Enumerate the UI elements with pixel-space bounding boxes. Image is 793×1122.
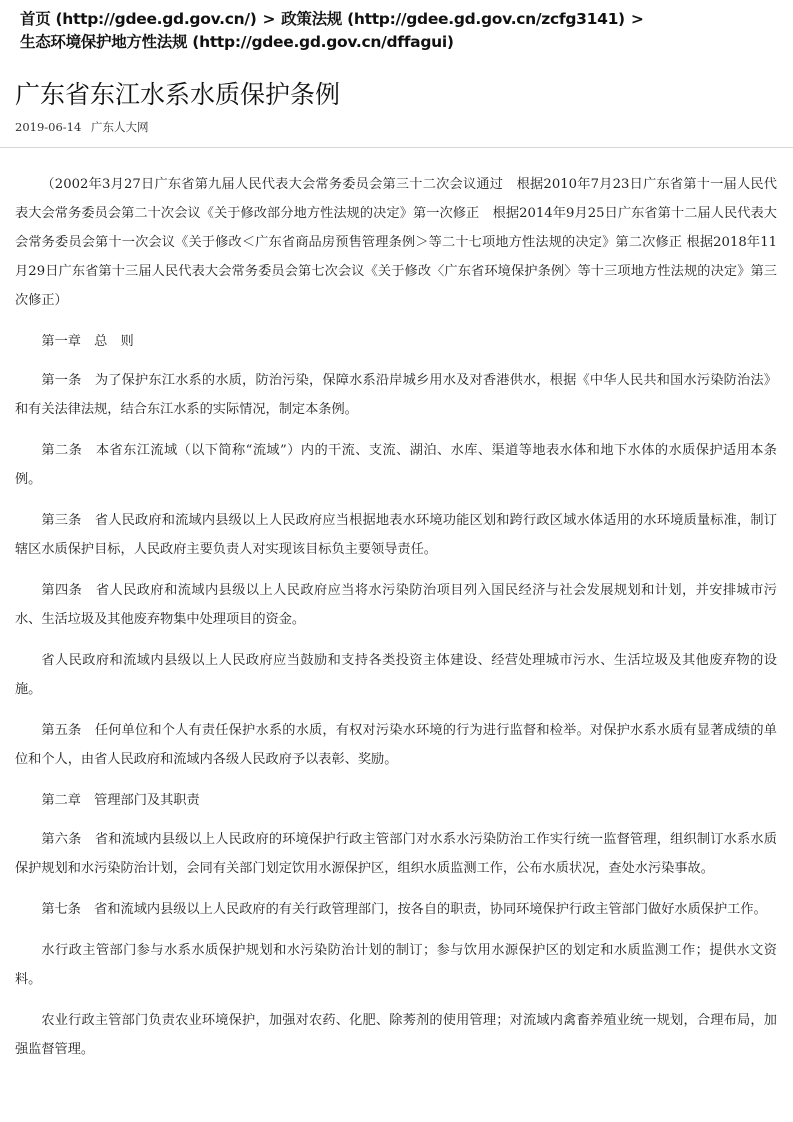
breadcrumb-link-home[interactable]: 首页 (http://gdee.gd.gov.cn/)	[20, 10, 256, 28]
article-body: （2002年3月27日广东省第九届人民代表大会常务委员会第三十二次会议通过 根据…	[15, 170, 777, 1076]
article-paragraph: 第六条 省和流域内县级以上人民政府的环境保护行政主管部门对水系水污染防治工作实行…	[15, 825, 777, 883]
chapter-heading: 第一章 总 则	[15, 327, 777, 356]
breadcrumb-separator: >	[631, 10, 644, 28]
article-paragraph: 第五条 任何单位和个人有责任保护水系的水质，有权对污染水环境的行为进行监督和检举…	[15, 716, 777, 774]
divider	[0, 147, 793, 148]
article-paragraph: 第一条 为了保护东江水系的水质，防治污染，保障水系沿岸城乡用水及对香港供水，根据…	[15, 366, 777, 424]
breadcrumb-link-policy[interactable]: 政策法规 (http://gdee.gd.gov.cn/zcfg3141)	[281, 10, 625, 28]
article-meta: 2019-06-14 广东人大网	[15, 119, 148, 135]
article-paragraph: 农业行政主管部门负责农业环境保护，加强对农药、化肥、除莠剂的使用管理；对流域内禽…	[15, 1006, 777, 1064]
revision-history-paragraph: （2002年3月27日广东省第九届人民代表大会常务委员会第三十二次会议通过 根据…	[15, 170, 777, 315]
article-paragraph: 第三条 省人民政府和流域内县级以上人民政府应当根据地表水环境功能区划和跨行政区域…	[15, 506, 777, 564]
article-paragraph: 第七条 省和流域内县级以上人民政府的有关行政管理部门，按各自的职责，协同环境保护…	[15, 895, 777, 924]
article-paragraph: 第四条 省人民政府和流域内县级以上人民政府应当将水污染防治项目列入国民经济与社会…	[15, 576, 777, 634]
chapter-heading: 第二章 管理部门及其职责	[15, 786, 777, 815]
breadcrumb: 首页 (http://gdee.gd.gov.cn/)>政策法规 (http:/…	[20, 8, 780, 54]
breadcrumb-link-local-regulations[interactable]: 生态环境保护地方性法规 (http://gdee.gd.gov.cn/dffag…	[20, 33, 454, 51]
article-source: 广东人大网	[91, 120, 149, 134]
publish-date: 2019-06-14	[15, 120, 81, 134]
article-paragraph: 第二条 本省东江流域（以下简称“流域”）内的干流、支流、湖泊、水库、渠道等地表水…	[15, 436, 777, 494]
page-title: 广东省东江水系水质保护条例	[15, 78, 340, 112]
article-paragraph: 水行政主管部门参与水系水质保护规划和水污染防治计划的制订；参与饮用水源保护区的划…	[15, 936, 777, 994]
article-paragraph: 省人民政府和流域内县级以上人民政府应当鼓励和支持各类投资主体建设、经营处理城市污…	[15, 646, 777, 704]
breadcrumb-separator: >	[262, 10, 275, 28]
